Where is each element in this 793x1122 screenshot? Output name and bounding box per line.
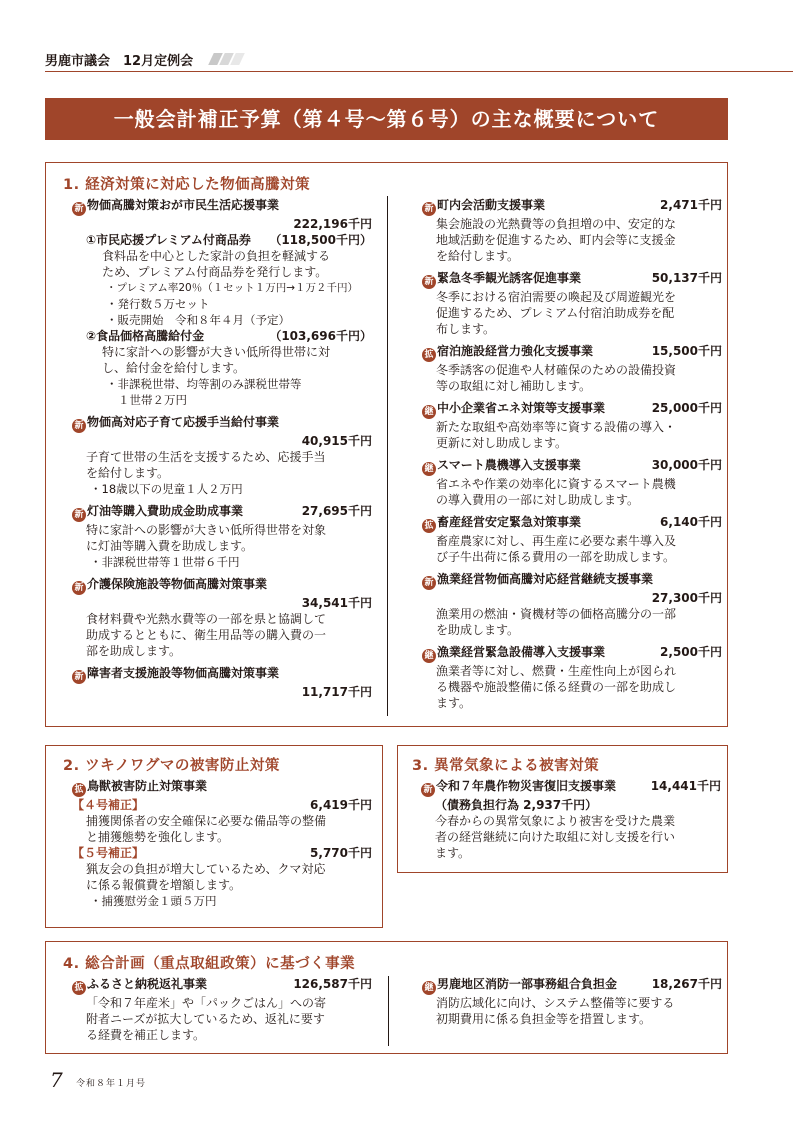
item-desc: を給付します。	[422, 248, 722, 264]
item-desc: の導入費用の一部に対し助成します。	[422, 492, 722, 508]
sub-item-desc: 食料品を中心とした家計の負担を軽減する	[72, 248, 372, 264]
item-bullet: ・捕獲慰労金１頭５万円	[72, 893, 372, 909]
item-desc: 猟友会の負担が増大しているため、クマ対応	[72, 861, 372, 877]
item-desc: 更新に対し助成します。	[422, 435, 722, 451]
section-4-left-column: 拡ふるさと納税返礼事業126,587千円 「令和７年産米」や「パックごはん」への…	[72, 976, 372, 1043]
item-desc: 冬季における宿泊需要の喚起及び周遊観光を	[422, 289, 722, 305]
item-amount: 18,267千円	[652, 976, 722, 992]
item-desc: 食材料費や光熱水費等の一部を県と協調して	[72, 611, 372, 627]
section-3-title: 3. 異常気象による被害対策	[412, 754, 599, 775]
item-desc: 地域活動を促進するため、町内会等に支援金	[422, 232, 722, 248]
item-name: 障害者支援施設等物価高騰対策事業	[87, 666, 279, 680]
section-4-box: 4. 総合計画（重点取組政策）に基づく事業 拡ふるさと納税返礼事業126,587…	[45, 941, 728, 1054]
list-item: 新漁業経営物価高騰対応経営継続支援事業 27,300千円 漁業用の燃油・資機材等…	[422, 571, 722, 638]
item-name: 中小企業省エネ対策等支援事業	[437, 401, 605, 415]
item-desc: 「令和７年産米」や「パックごはん」への寄	[72, 995, 372, 1011]
item-desc: を給付します。	[72, 465, 372, 481]
item-desc: に灯油等購入費を助成します。	[72, 538, 372, 554]
item-desc: 捕獲関係者の安全確保に必要な備品等の整備	[72, 813, 372, 829]
item-amount: 50,137千円	[652, 270, 722, 286]
list-item: 継中小企業省エネ対策等支援事業25,000千円 新たな取組や高効率等に資する設備…	[422, 400, 722, 451]
new-badge-icon: 新	[72, 508, 86, 522]
item-amount: 40,915千円	[72, 433, 372, 449]
item-amount: 30,000千円	[652, 457, 722, 473]
item-bullet: ・非課税世帯等１世帯６千円	[72, 554, 372, 570]
item-desc: 特に家計への影響が大きい低所得世帯を対象	[72, 522, 372, 538]
item-desc: 畜産農家に対し、再生産に必要な素牛導入及	[422, 533, 722, 549]
section-1-box: 1. 経済対策に対応した物価高騰対策 新物価高騰対策おが市民生活応援事業 222…	[45, 162, 728, 727]
item-name: 令和７年農作物災害復旧支援事業	[436, 779, 616, 793]
column-divider	[387, 196, 388, 716]
section-2-content: 拡鳥獣被害防止対策事業 【４号補正】6,419千円 捕獲関係者の安全確保に必要な…	[72, 778, 372, 909]
section-2-box: 2. ツキノワグマの被害防止対策 拡鳥獣被害防止対策事業 【４号補正】6,419…	[45, 745, 383, 928]
item-desc: る機器や施設整備に係る経費の一部を助成し	[422, 679, 722, 695]
list-item: 継漁業経営緊急設備導入支援事業2,500千円 漁業者等に対し、燃費・生産性向上が…	[422, 644, 722, 711]
item-desc: 部を助成します。	[72, 643, 372, 659]
item-name: 漁業経営物価高騰対応経営継続支援事業	[437, 572, 653, 586]
item-desc: び子牛出荷に係る費用の一部を助成します。	[422, 549, 722, 565]
continue-badge-icon: 継	[422, 462, 436, 476]
item-desc: 促進するため、プレミアム付宿泊助成券を配	[422, 305, 722, 321]
new-badge-icon: 新	[72, 202, 86, 216]
item-name: 緊急冬季観光誘客促進事業	[437, 271, 581, 285]
item-amount: 222,196千円	[72, 216, 372, 232]
section-3-content: 新令和７年農作物災害復旧支援事業14,441千円 （債務負担行為 2,937千円…	[421, 778, 721, 861]
item-name: 漁業経営緊急設備導入支援事業	[437, 645, 605, 659]
item-desc: 集会施設の光熱費等の負担増の中、安定的な	[422, 216, 722, 232]
item-name: 物価高対応子育て応援手当給付事業	[87, 415, 279, 429]
list-item: 新緊急冬季観光誘客促進事業50,137千円 冬季における宿泊需要の喚起及び周遊観…	[422, 270, 722, 337]
list-item: 拡畜産経営安定緊急対策事業6,140千円 畜産農家に対し、再生産に必要な素牛導入…	[422, 514, 722, 565]
item-desc: 等の取組に対し補助します。	[422, 378, 722, 394]
sub-item-amount: （118,500千円）	[269, 232, 372, 248]
new-badge-icon: 新	[72, 670, 86, 684]
new-badge-icon: 新	[422, 275, 436, 289]
list-item: 新町内会活動支援事業2,471千円 集会施設の光熱費等の負担増の中、安定的な 地…	[422, 197, 722, 264]
item-desc: に係る報償費を増額します。	[72, 877, 372, 893]
item-name: ふるさと納税返礼事業	[87, 977, 207, 991]
item-desc: ます。	[421, 845, 721, 861]
section-4-right-column: 継男鹿地区消防一部事務組合負担金18,267千円 消防広域化に向け、システム整備…	[422, 976, 722, 1027]
expand-badge-icon: 拡	[72, 981, 86, 995]
item-desc: ます。	[422, 695, 722, 711]
item-amount: 6,419千円	[310, 797, 372, 813]
new-badge-icon: 新	[72, 419, 86, 433]
item-desc: る経費を補正します。	[72, 1027, 372, 1043]
sub-item-amount: （103,696千円）	[269, 328, 372, 344]
continue-badge-icon: 継	[422, 649, 436, 663]
item-amount: 27,695千円	[302, 503, 372, 519]
item-desc: 助成するとともに、衛生用品等の購入費の一	[72, 627, 372, 643]
item-desc: 者の経営継続に向けた取組に対し支援を行い	[421, 829, 721, 845]
item-desc: 附者ニーズが拡大しているため、返礼に要す	[72, 1011, 372, 1027]
item-desc: 漁業用の燃油・資機材等の価格高騰分の一部	[422, 606, 722, 622]
section-4-title: 4. 総合計画（重点取組政策）に基づく事業	[63, 952, 355, 973]
supplement-label: 【４号補正】	[72, 798, 144, 812]
column-divider	[388, 976, 389, 1046]
sub-item-desc: ため、プレミアム付商品券を発行します。	[72, 264, 372, 280]
new-badge-icon: 新	[422, 202, 436, 216]
list-item: 新物価高騰対策おが市民生活応援事業 222,196千円 ①市民応援プレミアム付商…	[72, 197, 372, 408]
list-item: 拡宿泊施設経営力強化支援事業15,500千円 冬季誘客の促進や人材確保のための設…	[422, 343, 722, 394]
item-amount: 14,441千円	[651, 778, 721, 794]
item-amount: 25,000千円	[652, 400, 722, 416]
sub-item-name: ①市民応援プレミアム付商品券	[86, 233, 251, 247]
item-bullet: ・18歳以下の児童１人２万円	[72, 481, 372, 497]
item-amount: 126,587千円	[293, 976, 372, 992]
section-2-title: 2. ツキノワグマの被害防止対策	[63, 754, 280, 775]
item-desc: 初期費用に係る負担金等を措置します。	[422, 1011, 722, 1027]
item-desc: と捕獲態勢を強化します。	[72, 829, 372, 845]
continue-badge-icon: 継	[422, 405, 436, 419]
item-amount: 34,541千円	[72, 595, 372, 611]
supplement-label: 【５号補正】	[72, 846, 144, 860]
sub-item-bullet: １世帯２万円	[72, 392, 372, 408]
expand-badge-icon: 拡	[72, 783, 86, 797]
list-item: 新障害者支援施設等物価高騰対策事業 11,717千円	[72, 665, 372, 700]
item-amount: 11,717千円	[72, 684, 372, 700]
section-1-left-column: 新物価高騰対策おが市民生活応援事業 222,196千円 ①市民応援プレミアム付商…	[72, 197, 372, 706]
sub-item-desc: し、給付金を給付します。	[72, 360, 372, 376]
item-amount: 15,500千円	[652, 343, 722, 359]
new-badge-icon: 新	[421, 783, 435, 797]
sub-item-name: ②食品価格高騰給付金	[86, 329, 204, 343]
expand-badge-icon: 拡	[422, 348, 436, 362]
item-name: 介護保険施設等物価高騰対策事業	[87, 577, 267, 591]
item-desc: 今春からの異常気象により被害を受けた農業	[421, 813, 721, 829]
item-name: スマート農機導入支援事業	[437, 458, 581, 472]
item-name: 畜産経営安定緊急対策事業	[437, 515, 581, 529]
page-header: 男鹿市議会 12月定例会	[45, 46, 793, 72]
item-desc: 子育て世帯の生活を支援するため、応援手当	[72, 449, 372, 465]
item-name: 物価高騰対策おが市民生活応援事業	[87, 198, 279, 212]
sub-item-bullet: ・プレミアム率20％（１セット１万円→１万２千円）	[72, 280, 372, 296]
item-amount: 2,500千円	[660, 644, 722, 660]
item-desc: 消防広域化に向け、システム整備等に要する	[422, 995, 722, 1011]
list-item: 継スマート農機導入支援事業30,000千円 省エネや作業の効率化に資するスマート…	[422, 457, 722, 508]
sub-item-desc: 特に家計への影響が大きい低所得世帯に対	[72, 344, 372, 360]
item-name: 宿泊施設経営力強化支援事業	[437, 344, 593, 358]
item-name: 灯油等購入費助成金助成事業	[87, 504, 243, 518]
new-badge-icon: 新	[422, 576, 436, 590]
item-amount: 27,300千円	[422, 590, 722, 606]
item-amount: 2,471千円	[660, 197, 722, 213]
debt-burden-amount: （債務負担行為 2,937千円）	[421, 797, 721, 813]
item-desc: 漁業者等に対し、燃費・生産性向上が図られ	[422, 663, 722, 679]
item-name: 鳥獣被害防止対策事業	[87, 779, 207, 793]
sub-item-bullet: ・販売開始 令和８年４月（予定）	[72, 312, 372, 328]
item-name: 男鹿地区消防一部事務組合負担金	[437, 977, 617, 991]
item-amount: 5,770千円	[310, 845, 372, 861]
section-1-right-column: 新町内会活動支援事業2,471千円 集会施設の光熱費等の負担増の中、安定的な 地…	[422, 197, 722, 717]
issue-label: 令和８年１月号	[76, 1076, 146, 1089]
item-desc: 新たな取組や高効率等に資する設備の導入・	[422, 419, 722, 435]
item-name: 町内会活動支援事業	[437, 198, 545, 212]
expand-badge-icon: 拡	[422, 519, 436, 533]
section-3-box: 3. 異常気象による被害対策 新令和７年農作物災害復旧支援事業14,441千円 …	[397, 745, 728, 873]
new-badge-icon: 新	[72, 581, 86, 595]
item-desc: 冬季誘客の促進や人材確保のための設備投資	[422, 362, 722, 378]
sub-item-bullet: ・非課税世帯、均等割のみ課税世帯等	[72, 376, 372, 392]
section-1-title: 1. 経済対策に対応した物価高騰対策	[63, 173, 310, 194]
item-desc: 省エネや作業の効率化に資するスマート農機	[422, 476, 722, 492]
list-item: 新物価高対応子育て応援手当給付事業 40,915千円 子育て世帯の生活を支援する…	[72, 414, 372, 497]
item-desc: 布します。	[422, 321, 722, 337]
page-title: 一般会計補正予算（第４号～第６号）の主な概要について	[45, 98, 728, 140]
item-amount: 6,140千円	[660, 514, 722, 530]
item-desc: を助成します。	[422, 622, 722, 638]
continue-badge-icon: 継	[422, 981, 436, 995]
page-number: 7	[50, 1068, 63, 1092]
sub-item-bullet: ・発行数５万セット	[72, 296, 372, 312]
list-item: 新灯油等購入費助成金助成事業27,695千円 特に家計への影響が大きい低所得世帯…	[72, 503, 372, 570]
publication-label: 男鹿市議会 12月定例会	[45, 50, 193, 69]
list-item: 新介護保険施設等物価高騰対策事業 34,541千円 食材料費や光熱水費等の一部を…	[72, 576, 372, 659]
header-stripes-decoration	[211, 53, 251, 65]
